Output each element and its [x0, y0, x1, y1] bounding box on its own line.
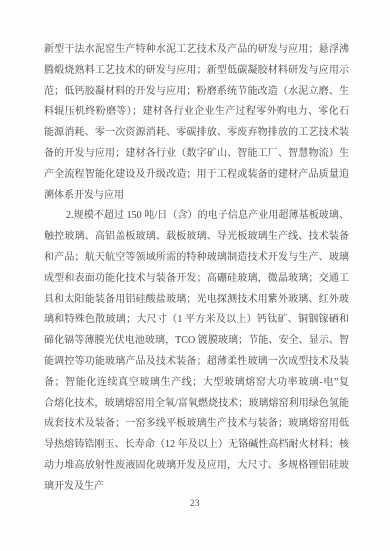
- text-line: 料辊压机终粉磨等）；建材各行业企业生产过程零外购电力、零化石: [44, 102, 349, 123]
- text-line: 成套技术及装备；一窑多线平板玻璃生产技术与装备；玻璃熔窑用低: [44, 414, 349, 435]
- text-line: 溯体系开发与应用: [44, 186, 349, 207]
- body-text: 新型干法水泥窑生产特种水泥工艺技术及产品的研发与应用；悬浮沸腾煅烧熟料工艺技术的…: [44, 40, 349, 498]
- text-line: 新型干法水泥窑生产特种水泥工艺技术及产品的研发与应用；悬浮沸: [44, 40, 349, 61]
- text-line: 产全流程智能化建设及升级改造；用于工程或装备的建材产品质量追: [44, 165, 349, 186]
- text-line: 璃和特殊色散玻璃；大尺寸（1 平方米及以上）钙钛矿、铜铟镓硒和: [44, 310, 349, 331]
- text-line: 备的开发与应用；建材各行业（数字矿山、智能工厂、智慧物流）生: [44, 144, 349, 165]
- text-line: 能源消耗、零一次资源消耗、零碳排放、零废弃物排放的工艺技术装: [44, 123, 349, 144]
- text-line: 触控玻璃、高铝盖板玻璃、载板玻璃、导光板玻璃生产线、技术装备: [44, 227, 349, 248]
- document-page: 新型干法水泥窑生产特种水泥工艺技术及产品的研发与应用；悬浮沸腾煅烧熟料工艺技术的…: [0, 0, 390, 551]
- text-line: 腾煅烧熟料工艺技术的研发与应用；新型低碳凝胶材料研发与应用示: [44, 61, 349, 82]
- text-line: 璃开发及生产: [44, 477, 349, 498]
- page-number: 23: [0, 498, 390, 508]
- text-line: 备；智能化连续真空玻璃生产线；大型玻璃熔窑大功率玻璃-电”复: [44, 373, 349, 394]
- text-line: 和产品；航天航空等领域所需的特种玻璃制造技术开发与生产、玻璃: [44, 248, 349, 269]
- text-line: 成型和表面功能化技术与装备开发；高硼硅玻璃，微晶玻璃；交通工: [44, 269, 349, 290]
- text-line: 范；低钙胶凝材料的开发与应用；粉磨系统节能改造（水泥立磨、生: [44, 82, 349, 103]
- text-line: 动力堆高放射性废液固化玻璃开发及应用，大尺寸、多规格锂铝硅玻: [44, 456, 349, 477]
- text-line: 2.规模不超过 150 吨/日（含）的电子信息产业用超薄基板玻璃、: [44, 206, 349, 227]
- text-line: 碲化镉等薄膜光伏电池玻璃，TCO 镀膜玻璃；节能、安全、显示、智: [44, 331, 349, 352]
- text-line: 导热熔铸锆刚玉、长寿命（12 年及以上）无铬碱性高档耐火材料；核: [44, 435, 349, 456]
- text-line: 具和太阳能装备用铝硅酸盐玻璃；光电探测技术用紫外玻璃、红外玻: [44, 290, 349, 311]
- text-line: 合熔化技术，玻璃熔窑用全氧/富氧燃烧技术；玻璃熔窑利用绿色氢能: [44, 394, 349, 415]
- text-line: 能调控等功能玻璃产品及技术装备；超薄柔性玻璃一次成型技术及装: [44, 352, 349, 373]
